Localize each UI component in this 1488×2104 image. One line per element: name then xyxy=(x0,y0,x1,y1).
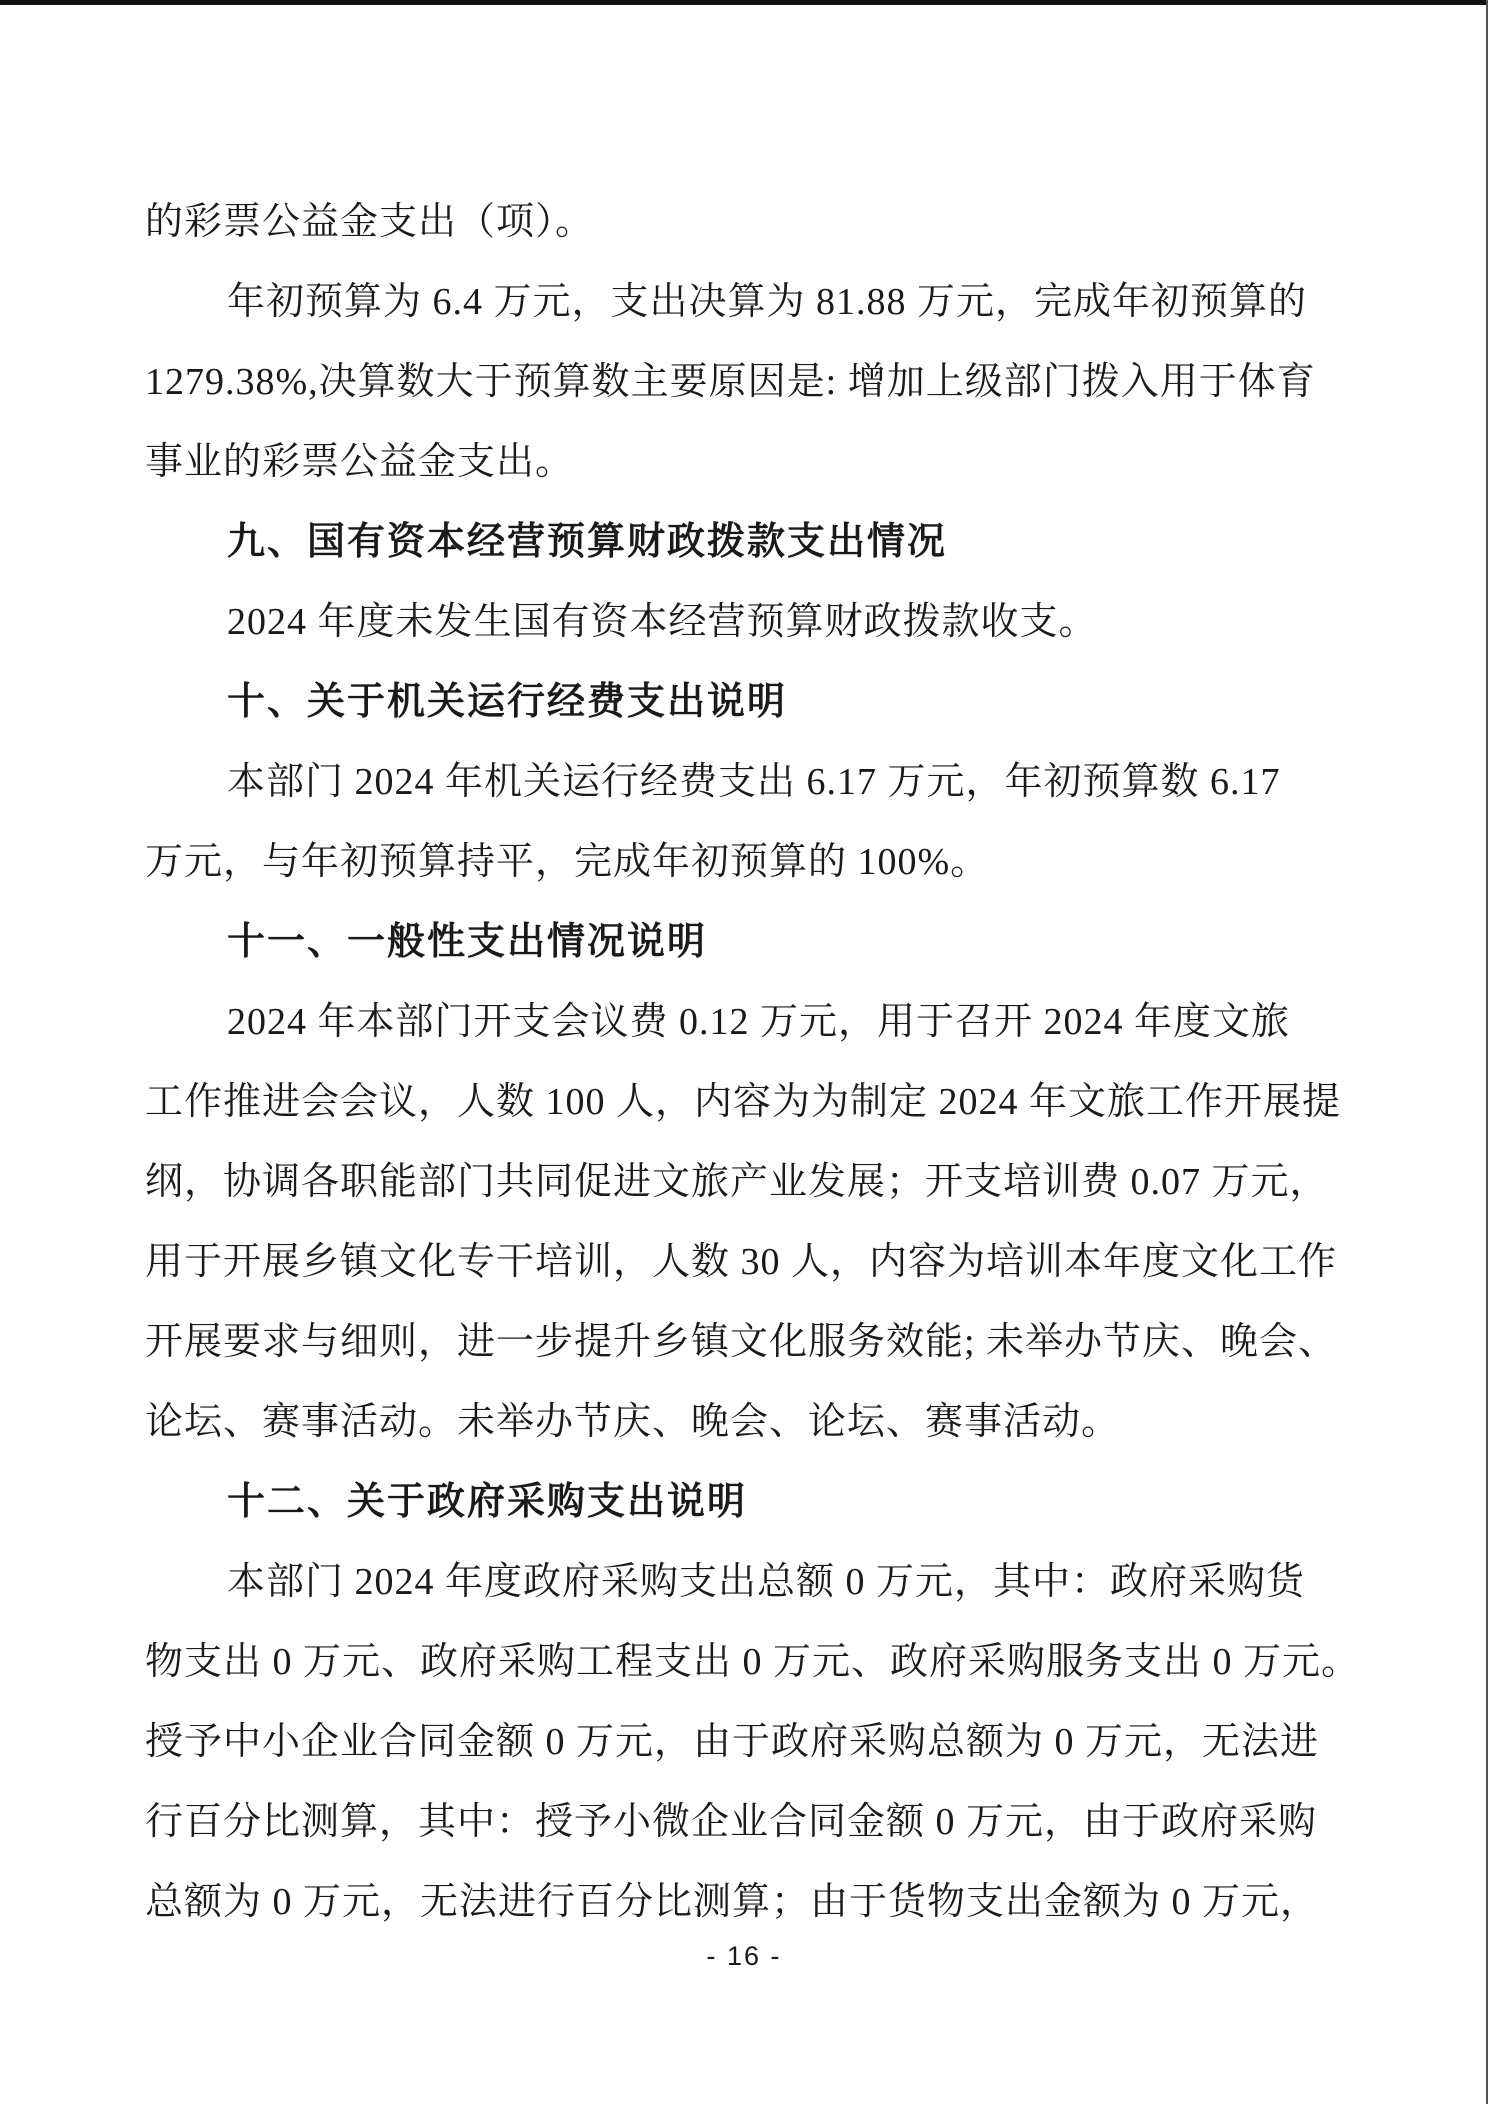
text-line: 物支出 0 万元、政府采购工程支出 0 万元、政府采购服务支出 0 万元。 xyxy=(145,1622,1393,1702)
section-heading: 十一、一般性支出情况说明 xyxy=(145,902,1393,982)
document-page: 的彩票公益金支出（项）。年初预算为 6.4 万元，支出决算为 81.88 万元，… xyxy=(0,0,1488,2104)
text-line: 行百分比测算，其中：授予小微企业合同金额 0 万元，由于政府采购 xyxy=(145,1782,1393,1862)
section-heading: 十二、关于政府采购支出说明 xyxy=(145,1462,1393,1542)
text-line: 开展要求与细则，进一步提升乡镇文化服务效能; 未举办节庆、晚会、 xyxy=(145,1302,1393,1382)
document-body: 的彩票公益金支出（项）。年初预算为 6.4 万元，支出决算为 81.88 万元，… xyxy=(145,182,1393,1942)
section-heading: 九、国有资本经营预算财政拨款支出情况 xyxy=(145,502,1393,582)
text-line: 工作推进会会议，人数 100 人，内容为为制定 2024 年文旅工作开展提 xyxy=(145,1062,1393,1142)
text-line: 本部门 2024 年机关运行经费支出 6.17 万元，年初预算数 6.17 xyxy=(145,742,1393,822)
page-number: - 16 - xyxy=(0,1941,1488,1972)
text-line: 年初预算为 6.4 万元，支出决算为 81.88 万元，完成年初预算的 xyxy=(145,262,1393,342)
text-line: 总额为 0 万元，无法进行百分比测算；由于货物支出金额为 0 万元， xyxy=(145,1862,1393,1942)
section-heading: 十、关于机关运行经费支出说明 xyxy=(145,662,1393,742)
text-line: 纲，协调各职能部门共同促进文旅产业发展；开支培训费 0.07 万元， xyxy=(145,1142,1393,1222)
text-line: 的彩票公益金支出（项）。 xyxy=(145,182,1393,262)
text-line: 2024 年本部门开支会议费 0.12 万元，用于召开 2024 年度文旅 xyxy=(145,982,1393,1062)
text-line: 用于开展乡镇文化专干培训，人数 30 人，内容为培训本年度文化工作 xyxy=(145,1222,1393,1302)
page-top-border xyxy=(0,0,1488,5)
text-line: 本部门 2024 年度政府采购支出总额 0 万元，其中：政府采购货 xyxy=(145,1542,1393,1622)
text-line: 万元，与年初预算持平，完成年初预算的 100%。 xyxy=(145,822,1393,902)
text-line: 事业的彩票公益金支出。 xyxy=(145,422,1393,502)
text-line: 授予中小企业合同金额 0 万元，由于政府采购总额为 0 万元，无法进 xyxy=(145,1702,1393,1782)
text-line: 论坛、赛事活动。未举办节庆、晚会、论坛、赛事活动。 xyxy=(145,1382,1393,1462)
text-line: 1279.38%,决算数大于预算数主要原因是: 增加上级部门拨入用于体育 xyxy=(145,342,1393,422)
text-line: 2024 年度未发生国有资本经营预算财政拨款收支。 xyxy=(145,582,1393,662)
